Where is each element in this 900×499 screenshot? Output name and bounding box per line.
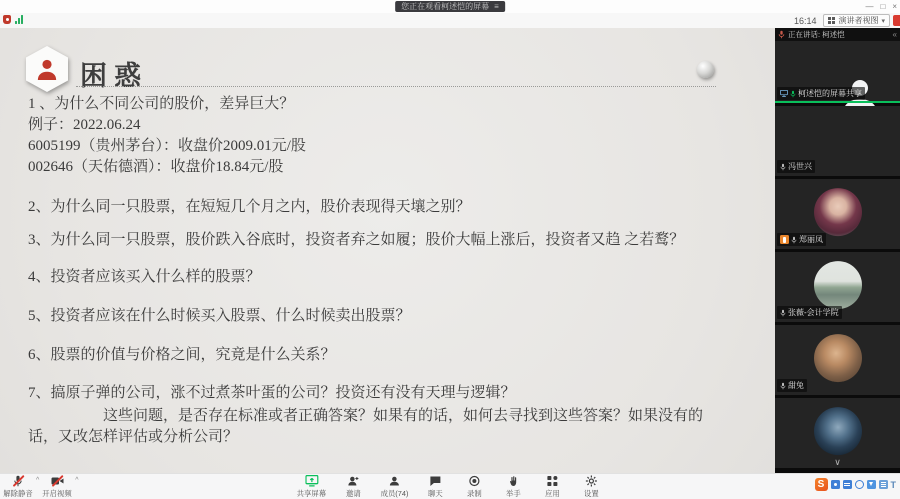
avatar	[814, 115, 862, 163]
participant-name-tag: 冯世兴	[777, 160, 815, 173]
slide-line: 7、搞原子弹的公司，涨不过煮茶叶蛋的公司？投资还有没有天理与逻辑？	[28, 383, 723, 404]
raise-hand-icon	[508, 475, 520, 487]
camera-off-icon	[51, 475, 64, 487]
participants-sidebar: 正在讲话: 柯述恺 « 柯述恺的屏幕共享	[775, 28, 900, 473]
participant-name-tag: 甜兔	[777, 379, 807, 392]
layout-view-label: 演讲者视图	[838, 15, 878, 26]
sogou-logo-icon[interactable]: S	[815, 478, 828, 491]
leave-meeting-button-fragment[interactable]	[893, 15, 900, 26]
minimize-button[interactable]: —	[865, 2, 873, 11]
mic-icon	[791, 236, 797, 244]
members-button[interactable]: 成员(74)	[379, 475, 409, 499]
layout-view-button[interactable]: 演讲者视图 ▾	[823, 14, 890, 27]
slide-line: 4、投资者应该买入什么样的股票？	[28, 267, 723, 288]
settings-button[interactable]: 设置	[579, 475, 605, 499]
layout-grid-icon	[828, 17, 835, 24]
participant-name-tag: 张薇-会计学院	[777, 306, 842, 319]
slide-hexagon-badge	[26, 46, 68, 92]
avatar	[814, 188, 862, 236]
active-share-indicator	[775, 101, 900, 103]
slide-line: 6、股票的价值与价格之间，究竟是什么关系？	[28, 345, 723, 366]
meeting-topbar: 16:14 演讲者视图 ▾	[0, 13, 900, 29]
mic-options-caret[interactable]: ^	[36, 477, 39, 484]
meeting-window: 您正在观看柯述恺的屏幕 ≡ — □ × 16:14 演讲者视图 ▾	[0, 0, 900, 499]
record-button[interactable]: 录制	[462, 475, 488, 499]
slide-title: 困惑	[80, 54, 148, 93]
participant-name: 柯述恺的屏幕共享	[798, 88, 862, 99]
security-shield-icon[interactable]	[3, 15, 11, 24]
collapse-sidebar-icon[interactable]: «	[893, 30, 895, 39]
participant-name-tag: 柯述恺的屏幕共享	[777, 87, 865, 100]
scroll-more-participants-icon[interactable]: ∨	[834, 458, 841, 467]
mic-icon	[780, 382, 786, 390]
slide-line: 002646（天佑德酒）：收盘价18.84元/股	[28, 157, 723, 178]
mic-on-icon	[790, 90, 796, 98]
record-icon	[469, 475, 481, 487]
members-icon	[388, 475, 400, 487]
members-label: 成员(74)	[381, 488, 409, 498]
ime-clipboard-icon[interactable]	[879, 480, 888, 489]
participant-tile[interactable]: 甜兔	[775, 325, 900, 395]
participant-name: 张薇-会计学院	[788, 307, 839, 318]
hamburger-menu-icon[interactable]: ≡	[494, 1, 499, 12]
ime-emoji-icon[interactable]	[855, 480, 864, 489]
person-icon	[36, 57, 58, 81]
screen-share-icon	[780, 90, 788, 97]
mic-muted-icon	[12, 475, 24, 487]
screen-share-banner[interactable]: 您正在观看柯述恺的屏幕 ≡	[395, 1, 505, 12]
screen-share-banner-text: 您正在观看柯述恺的屏幕	[401, 1, 489, 12]
slide-line: 3、为什么同一只股票，股价跌入谷底时，投资者弃之如履；股价大幅上涨后，投资者又趋…	[28, 230, 723, 251]
title-dotted-rule	[76, 86, 716, 87]
speaking-mic-icon	[778, 30, 785, 39]
participant-tile[interactable]: 张薇-会计学院	[775, 252, 900, 322]
window-controls: — □ ×	[865, 0, 897, 13]
avatar	[814, 261, 862, 309]
slide-line: 5、投资者应该在什么时候买入股票、什么时候卖出股票？	[28, 306, 723, 327]
chat-icon	[430, 475, 442, 487]
participant-tile-share[interactable]: 柯述恺的屏幕共享	[775, 41, 900, 103]
avatar	[814, 334, 862, 382]
participant-name: 甜兔	[788, 380, 804, 391]
share-screen-label: 共享屏幕	[297, 488, 326, 498]
slide-line: 6005199（贵州茅台）：收盘价2009.01元/股	[28, 136, 723, 157]
slide-body: 1 、为什么不同公司的股价，差异巨大？ 例子：2022.06.24 600519…	[28, 94, 723, 448]
unmute-label: 解除静音	[3, 488, 32, 498]
invite-icon	[347, 475, 359, 487]
share-screen-icon	[305, 475, 318, 487]
slide-line: 2、为什么同一只股票，在短短几个月之内，股价表现得天壤之别？	[28, 197, 723, 218]
invite-button[interactable]: 邀请	[340, 475, 366, 499]
start-video-button[interactable]: 开启视频	[41, 475, 73, 499]
maximize-button[interactable]: □	[880, 2, 885, 11]
apps-icon	[547, 475, 559, 487]
slide-line: 例子：2022.06.24	[28, 115, 723, 136]
meeting-toolbar: 解除静音 ^ 开启视频 ^ 共享	[0, 473, 900, 499]
active-speaker-label: 正在讲话: 柯述恺	[788, 29, 890, 40]
mic-icon	[780, 163, 786, 171]
share-screen-button[interactable]: 共享屏幕	[295, 475, 327, 499]
shared-screen-slide: 困惑 1 、为什么不同公司的股价，差异巨大？ 例子：2022.06.24 600…	[0, 28, 775, 473]
apps-button[interactable]: 应用	[540, 475, 566, 499]
settings-gear-icon	[586, 475, 598, 487]
raise-hand-label: 举手	[506, 488, 521, 498]
participant-tile[interactable]: ∨	[775, 398, 900, 468]
participant-name-tag: 郑丽凤	[777, 233, 826, 246]
participant-name: 冯世兴	[788, 161, 812, 172]
avatar	[814, 407, 862, 455]
slide-line: 这些问题，是否存在标准或者正确答案？如果有的话，如何去寻找到这些答案？如果没有的…	[28, 406, 723, 448]
participant-tile[interactable]: 郑丽凤	[775, 179, 900, 249]
close-button[interactable]: ×	[892, 2, 897, 11]
invite-label: 邀请	[346, 488, 361, 498]
participant-name: 郑丽凤	[799, 234, 823, 245]
active-speaker-bar: 正在讲话: 柯述恺 «	[775, 28, 900, 41]
status-icons	[3, 15, 23, 24]
slide-line: 1 、为什么不同公司的股价，差异巨大？	[28, 94, 723, 115]
participant-tile[interactable]: 冯世兴	[775, 106, 900, 176]
meeting-duration: 16:14	[794, 16, 817, 26]
start-video-label: 开启视频	[43, 488, 72, 498]
settings-label: 设置	[584, 488, 599, 498]
mic-icon	[780, 309, 786, 317]
titlebar: 您正在观看柯述恺的屏幕 ≡ — □ ×	[0, 0, 900, 14]
chat-label: 聊天	[428, 488, 443, 498]
ime-keyboard-icon[interactable]	[843, 480, 852, 489]
record-label: 录制	[467, 488, 482, 498]
ime-voice-input-icon[interactable]	[867, 480, 876, 489]
sphere-decoration	[697, 61, 714, 78]
chat-button[interactable]: 聊天	[423, 475, 449, 499]
raise-hand-button[interactable]: 举手	[501, 475, 527, 499]
video-options-caret[interactable]: ^	[75, 477, 78, 484]
chevron-down-icon: ▾	[881, 17, 885, 25]
sogou-ime-tray: S T	[815, 478, 897, 491]
hand-raised-icon	[780, 235, 789, 244]
network-signal-icon[interactable]	[15, 15, 23, 24]
apps-label: 应用	[545, 488, 560, 498]
ime-skin-icon[interactable]: T	[891, 480, 897, 490]
ime-language-icon[interactable]	[831, 480, 840, 489]
unmute-button[interactable]: 解除静音	[2, 475, 34, 499]
